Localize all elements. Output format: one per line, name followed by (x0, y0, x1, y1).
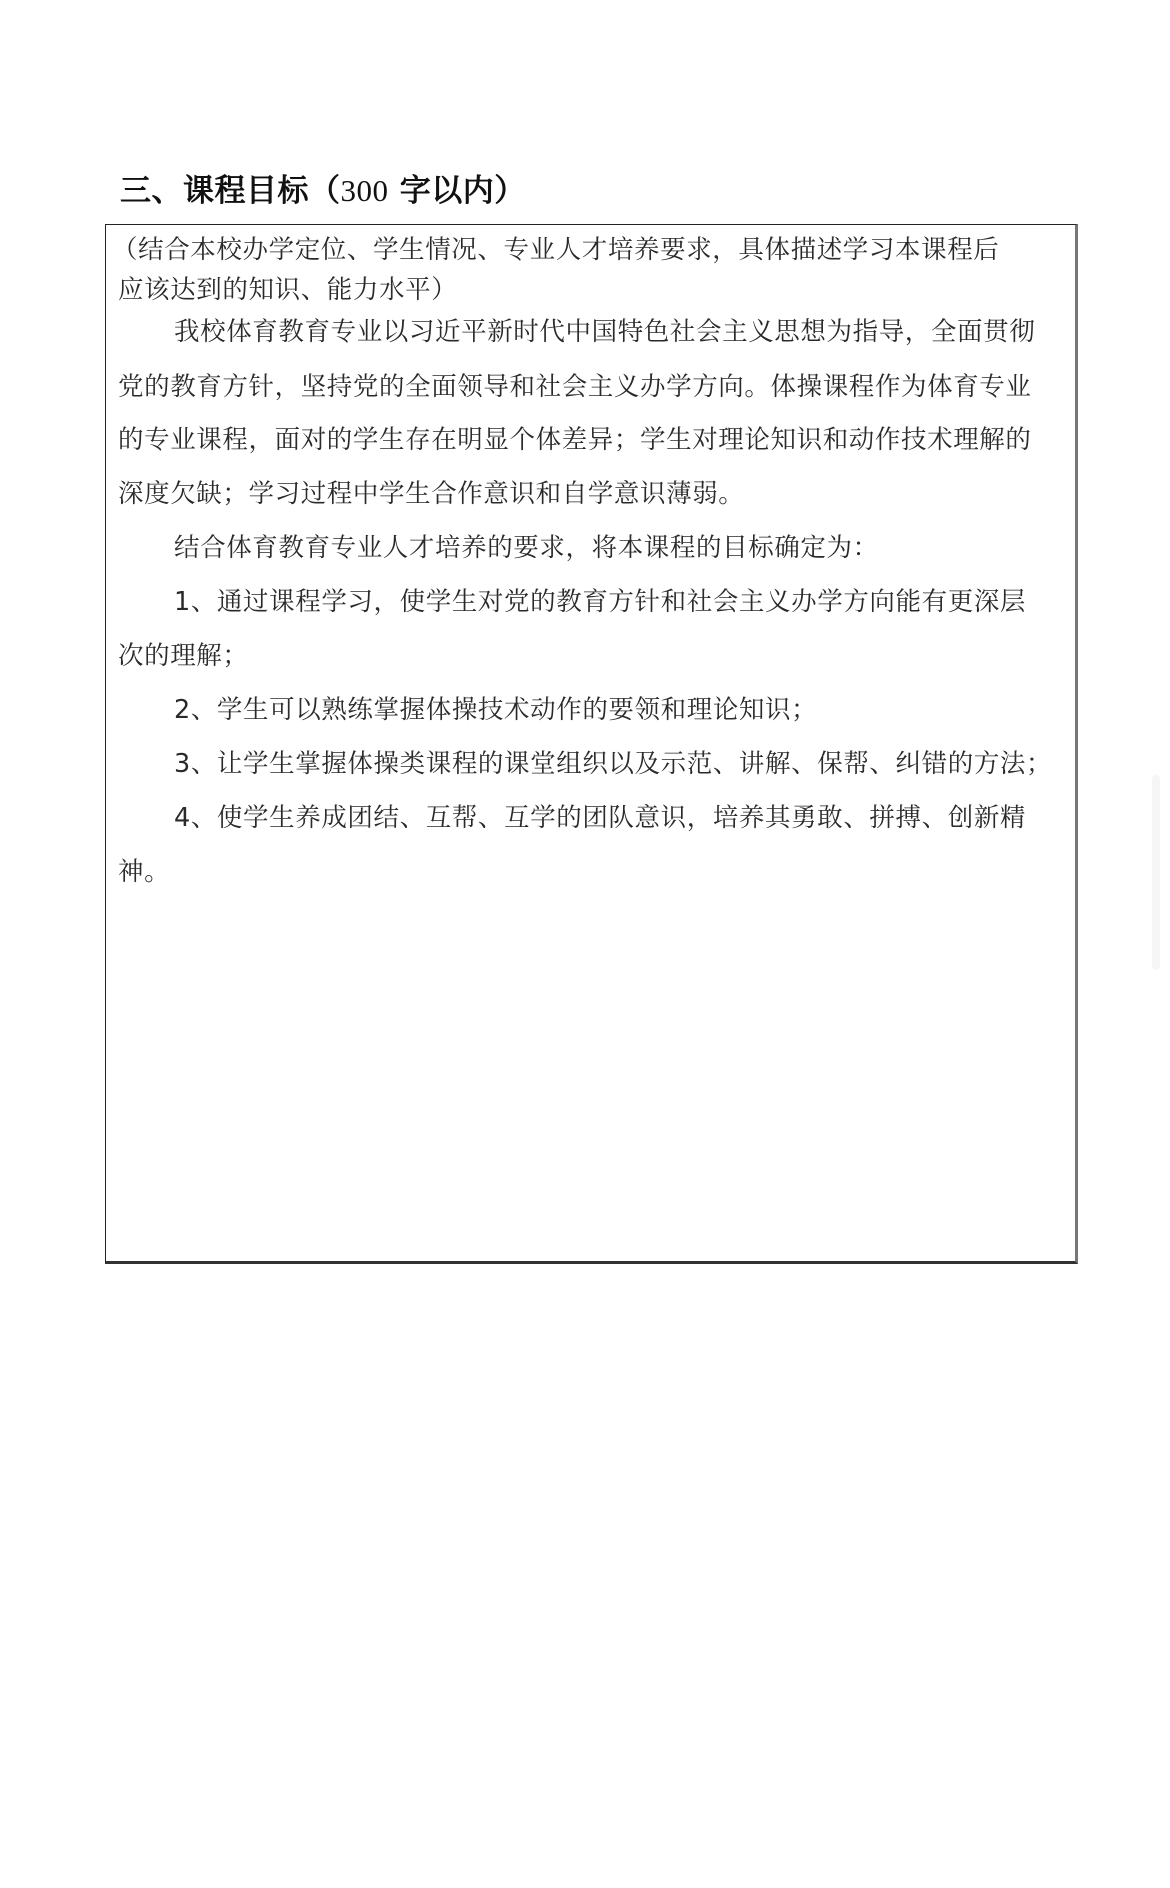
paragraph-line: 深度欠缺；学习过程中学生合作意识和自学意识薄弱。 (118, 476, 744, 512)
goal-item-4: 4、使学生养成团结、互帮、互学的团队意识，培养其勇敢、拼搏、创新精 (174, 800, 1026, 836)
instruction-line: （结合本校办学定位、学生情况、专业人才培养要求，具体描述学习本课程后 (112, 232, 999, 268)
paragraph-line: 结合体育教育专业人才培养的要求，将本课程的目标确定为： (174, 530, 879, 566)
section-title-number: 300 (341, 173, 389, 208)
paragraph-line: 的专业课程，面对的学生存在明显个体差异；学生对理论知识和动作技术理解的 (118, 422, 1032, 458)
section-title: 三、课程目标（300 字以内） (120, 170, 526, 212)
goal-item-2: 2、学生可以熟练掌握体操技术动作的要领和理论知识； (174, 692, 817, 728)
course-objectives-box: （结合本校办学定位、学生情况、专业人才培养要求，具体描述学习本课程后 应该达到的… (105, 224, 1078, 1264)
instruction-line: 应该达到的知识、能力水平） (118, 272, 457, 308)
paragraph-line: 党的教育方针，坚持党的全面领导和社会主义办学方向。体操课程作为体育专业 (118, 369, 1032, 405)
goal-item-1: 1、通过课程学习，使学生对党的教育方针和社会主义办学方向能有更深层 (174, 584, 1026, 620)
scrollbar[interactable] (1152, 775, 1160, 970)
goal-item-1-continued: 次的理解； (118, 638, 249, 674)
goal-item-4-continued: 神。 (118, 854, 170, 890)
paragraph-line: 我校体育教育专业以习近平新时代中国特色社会主义思想为指导，全面贯彻 (174, 314, 1035, 350)
goal-item-3: 3、让学生掌握体操类课程的课堂组织以及示范、讲解、保帮、纠错的方法； (174, 746, 1052, 782)
section-title-prefix: 三、课程目标（ (120, 173, 341, 209)
section-title-suffix: 字以内） (389, 173, 526, 209)
